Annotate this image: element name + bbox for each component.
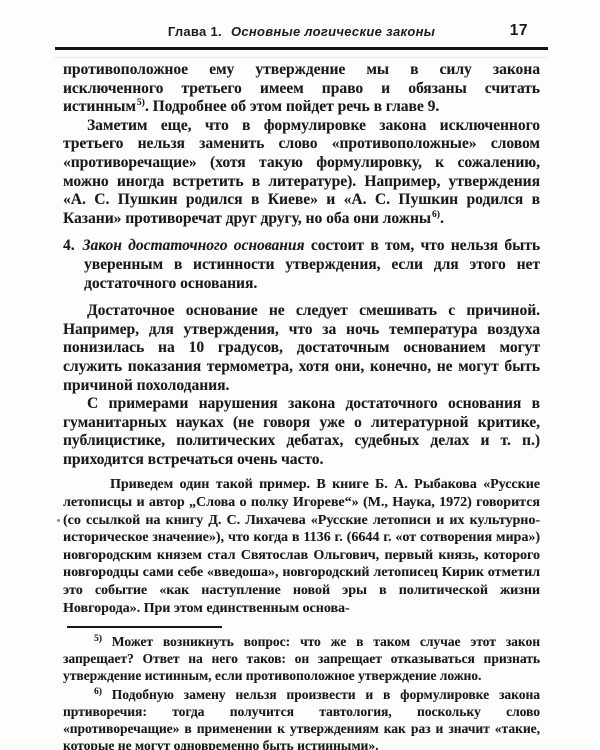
footnote-ref-6: 6) [432, 210, 440, 220]
page-body: противоположное ему утверждение мы в сил… [63, 61, 540, 617]
footnote-5: 5) Может возникнуть вопрос: что же в так… [63, 633, 540, 684]
page-header: Глава 1.Основные логические законы 17 [63, 24, 540, 58]
chapter-label: Глава 1. [168, 24, 222, 39]
paragraph-text: . [440, 210, 444, 227]
paragraph-continuation: противоположное ему утверждение мы в сил… [63, 61, 540, 117]
scanned-book-page: Глава 1.Основные логические законы 17 пр… [0, 0, 600, 750]
header-rule [55, 47, 548, 58]
running-head-title-group: Глава 1.Основные логические законы [63, 24, 540, 39]
footnote-separator-rule [67, 626, 222, 628]
footnote-text: Подобную замену нельзя произвести и в фо… [63, 687, 540, 750]
example-paragraph-rybakov: Приведем один такой пример. В книге Б. А… [63, 476, 540, 617]
footnote-text: Может возникнуть вопрос: что же в таком … [63, 634, 540, 683]
footnote-marker-5: 5) [94, 634, 102, 644]
page-number: 17 [510, 22, 528, 40]
paragraph-text: Заметим еще, что в формулировке закона и… [63, 117, 540, 227]
paragraph-text: . Подробнее об этом пойдет речь в главе … [145, 98, 439, 115]
scan-artifact-dot [57, 519, 60, 522]
running-head: Глава 1.Основные логические законы 17 [63, 24, 540, 44]
paragraph-sufficient-reason-vs-cause: Достаточное основание не следует смешива… [63, 302, 540, 395]
item-number: 4. [63, 237, 75, 254]
list-item-law-4: 4.Закон достаточного основания состоит в… [63, 237, 540, 293]
footnote-6: 6) Подобную замену нельзя произвести и в… [63, 686, 540, 750]
law-term-sufficient-reason: Закон достаточного основания [83, 237, 305, 254]
footnote-marker-6: 6) [94, 687, 102, 697]
paragraph-violations-humanities: С примерами нарушения закона достаточног… [63, 395, 540, 469]
chapter-title: Основные логические законы [231, 24, 435, 39]
footnotes-section: 5) Может возникнуть вопрос: что же в так… [63, 626, 540, 750]
footnote-ref-5: 5) [137, 98, 145, 108]
paragraph-excluded-middle-note: Заметим еще, что в формулировке закона и… [63, 117, 540, 229]
